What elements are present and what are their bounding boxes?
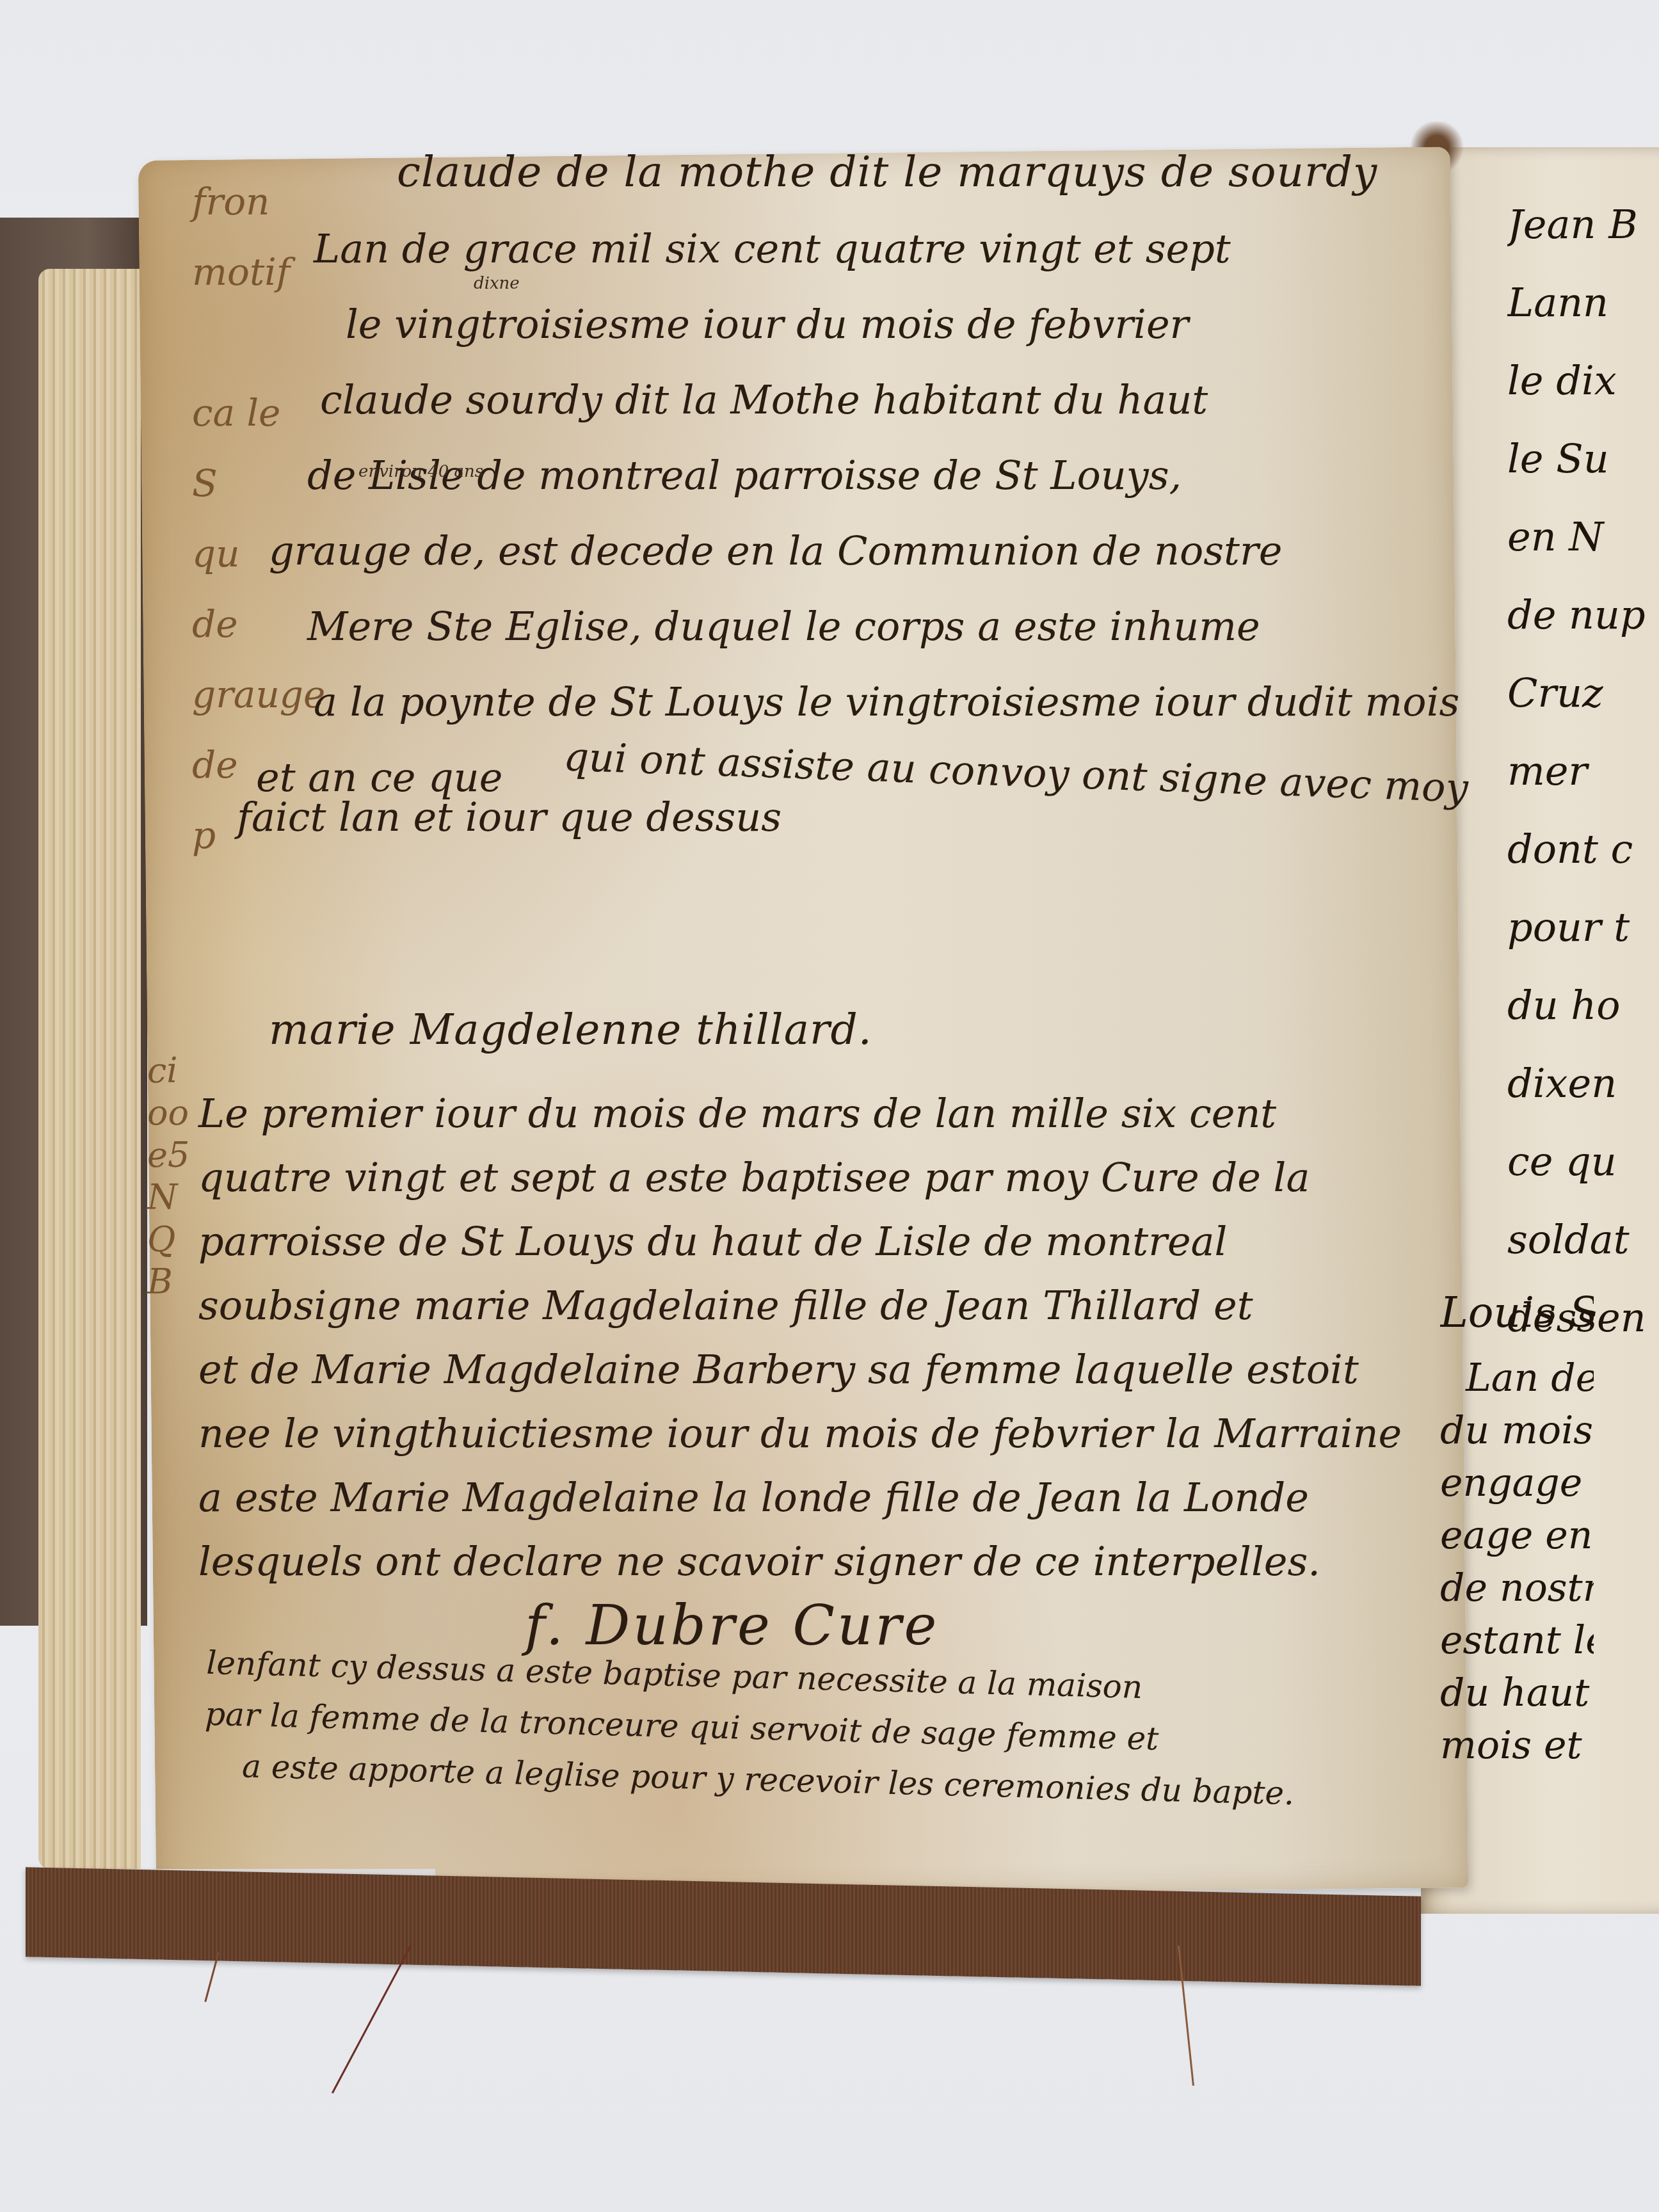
right-line: engage d xyxy=(1440,1457,1594,1509)
entry-line: le vingtroisiesme iour du mois de febvri… xyxy=(307,287,1459,362)
baptism-entry-body: Le premier iour du mois de mars de lan m… xyxy=(198,1082,1402,1594)
entry-line: Mere Ste Eglise, duquel le corps a este … xyxy=(307,589,1459,664)
right-line: du haut de xyxy=(1440,1667,1594,1719)
right-line: de nup xyxy=(1507,576,1659,654)
right-line: dixen xyxy=(1507,1045,1659,1123)
margin-note: S xyxy=(192,448,294,518)
margin-vertical-note: ciooe5NQB xyxy=(147,1050,198,1303)
entry-line: a la poynte de St Louys le vingtroisiesm… xyxy=(307,664,1459,740)
entry-line: soubsigne marie Magdelaine fille de Jean… xyxy=(198,1274,1402,1338)
right-line: Lan de g xyxy=(1440,1352,1594,1404)
right-line: Jean B xyxy=(1507,186,1659,264)
burial-closing-2-wrap: faict lan et iour que dessus xyxy=(237,794,781,840)
right-line: pour t xyxy=(1507,888,1659,966)
right-line: Cruz xyxy=(1507,654,1659,732)
right-line: du mois e xyxy=(1440,1404,1594,1457)
baptism-note: lenfant cy dessus a este baptise par nec… xyxy=(203,1637,1297,1820)
right-line: du ho xyxy=(1507,966,1659,1045)
entry-line: nee le vingthuictiesme iour du mois de f… xyxy=(198,1402,1402,1466)
right-line: Lann xyxy=(1507,264,1659,342)
margin-note: grauge xyxy=(192,659,294,730)
superscript-correction: environ 40 ans xyxy=(358,462,483,481)
margin-note: fron xyxy=(192,166,294,237)
burial-entry-body: Lan de grace mil six cent quatre vingt e… xyxy=(307,211,1459,815)
right-line: eage enu xyxy=(1440,1509,1594,1562)
right-line: mer xyxy=(1507,732,1659,810)
entry-line: claude sourdy dit la Mothe habitant du h… xyxy=(307,362,1459,438)
right-line: le dix xyxy=(1507,342,1659,420)
right-line: de nostre xyxy=(1440,1562,1594,1614)
right-page-entry-2: Louis Sets Lan de g du mois e engage d e… xyxy=(1440,1274,1594,1772)
entry-line: et de Marie Magdelaine Barbery sa femme … xyxy=(198,1338,1402,1402)
entry-line: grauge de, est decede en la Communion de… xyxy=(269,513,1459,589)
right-line: ce qu xyxy=(1507,1123,1659,1201)
baptism-entry-header-wrap: marie Magdelenne thillard. xyxy=(269,1005,872,1054)
margin-note: de xyxy=(192,589,294,659)
right-line: en N xyxy=(1507,498,1659,576)
burial-entry-header-wrap: claude de la mothe dit le marquys de sou… xyxy=(397,147,1377,196)
right-page-text: Jean B Lann le dix le Su en N de nup Cru… xyxy=(1507,186,1659,1357)
baptism-entry-header: marie Magdelenne thillard. xyxy=(269,1005,872,1054)
entry-line: a este Marie Magdelaine la londe fille d… xyxy=(198,1466,1402,1530)
page-stack-edge xyxy=(38,269,141,1869)
margin-note: ca le xyxy=(192,378,294,448)
entry-line: Le premier iour du mois de mars de lan m… xyxy=(198,1082,1402,1146)
right-line: soldat xyxy=(1507,1201,1659,1279)
right-line: dont c xyxy=(1507,810,1659,888)
superscript-correction: dixne xyxy=(474,274,520,293)
entry-line: quatre vingt et sept a este baptisee par… xyxy=(198,1146,1402,1210)
right-line: mois et xyxy=(1440,1719,1594,1772)
margin-note xyxy=(192,307,294,378)
right-line: le Su xyxy=(1507,420,1659,498)
burial-entry-header: claude de la mothe dit le marquys de sou… xyxy=(397,147,1377,196)
margin-note: motif xyxy=(192,237,294,307)
right-line: estant le xyxy=(1440,1614,1594,1667)
entry-line: parroisse de St Louys du haut de Lisle d… xyxy=(198,1210,1402,1274)
right-entry-header: Louis Sets xyxy=(1440,1274,1594,1352)
closing-line: faict lan et iour que dessus xyxy=(237,794,781,840)
loose-thread xyxy=(332,1946,412,2094)
entry-line: lesquels ont declare ne scavoir signer d… xyxy=(198,1530,1402,1594)
